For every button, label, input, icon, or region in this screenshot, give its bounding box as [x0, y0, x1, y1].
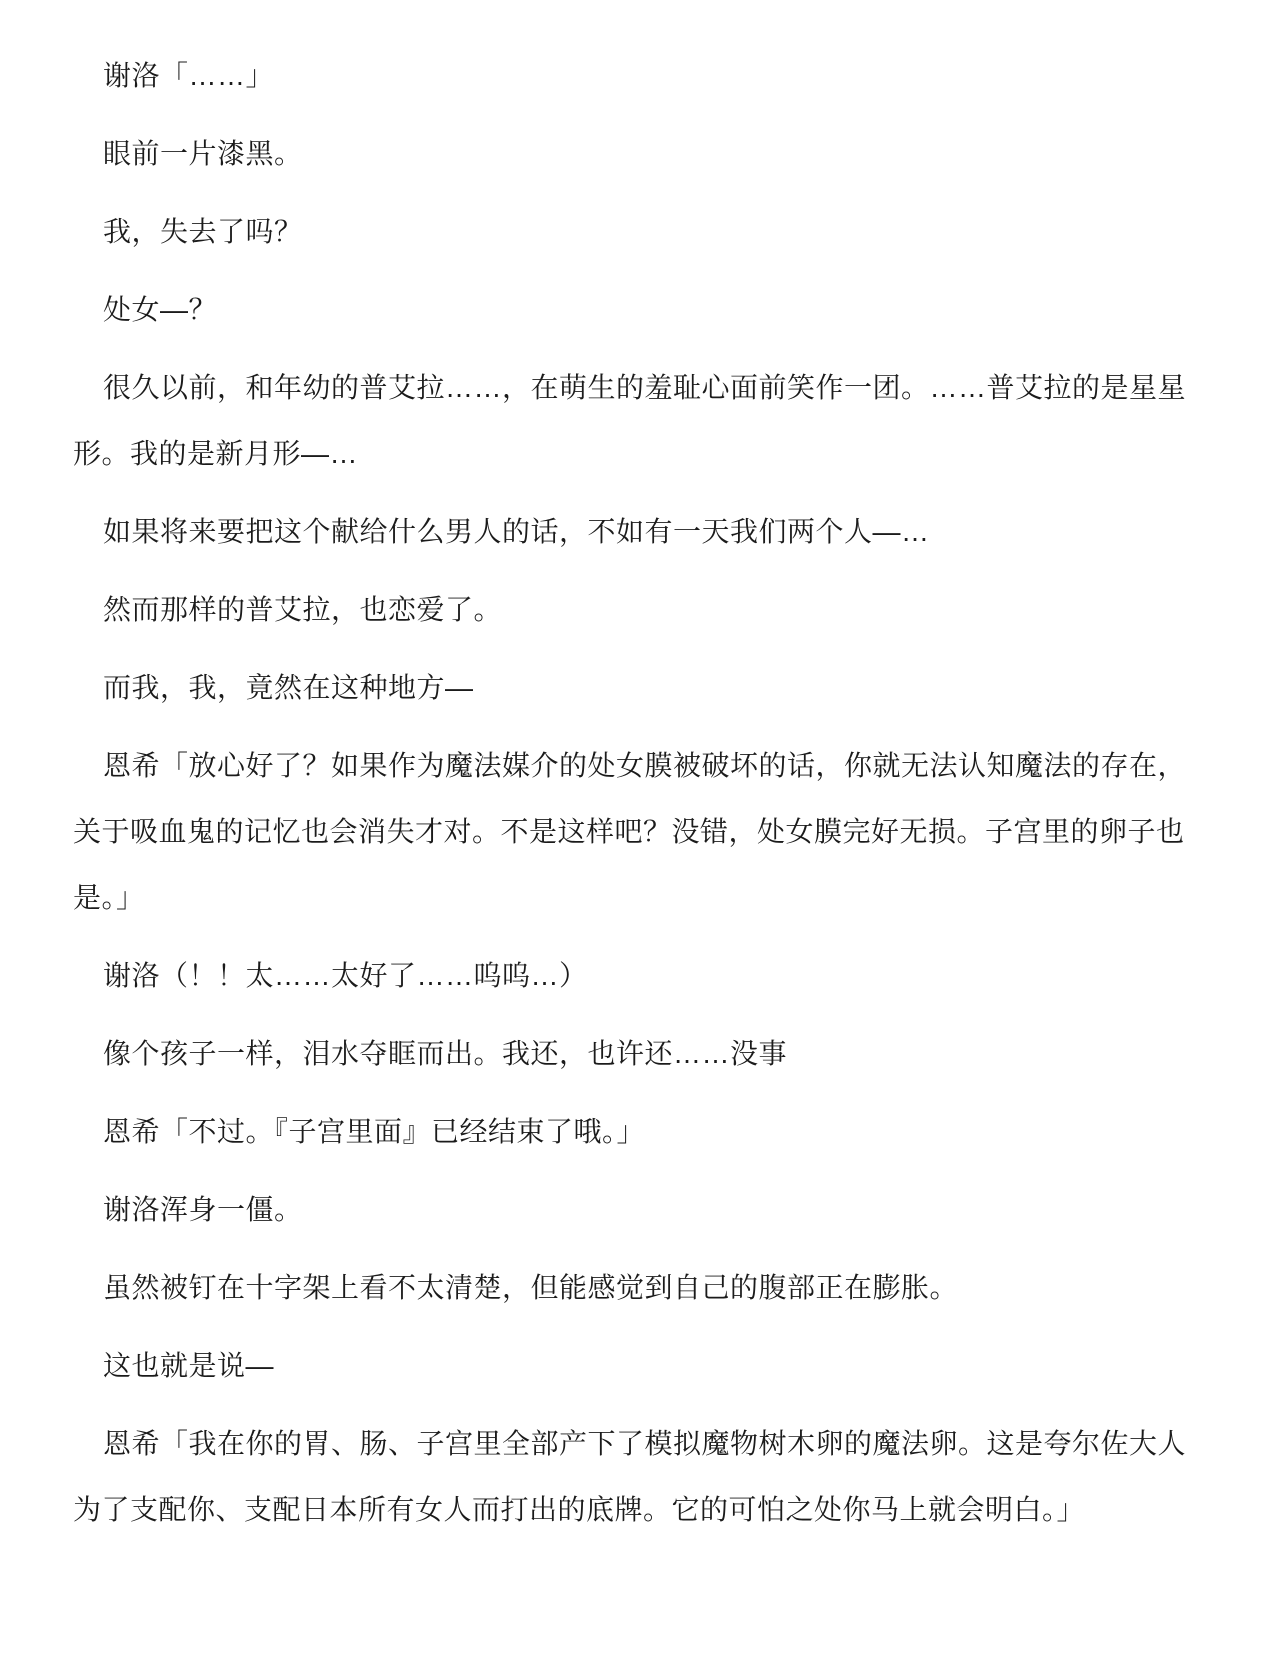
paragraph: 处女—？ [73, 277, 1208, 343]
paragraph: 恩希「不过。『子宫里面』已经结束了哦。」 [73, 1099, 1208, 1165]
paragraph: 谢洛浑身一僵。 [73, 1177, 1208, 1243]
paragraph: 谢洛「……」 [73, 43, 1208, 109]
paragraph: 恩希「放心好了？如果作为魔法媒介的处女膜被破坏的话，你就无法认知魔法的存在，关于… [73, 733, 1208, 931]
paragraph: 而我，我，竟然在这种地方— [73, 655, 1208, 721]
paragraph: 我，失去了吗？ [73, 199, 1208, 265]
paragraph: 这也就是说— [73, 1333, 1208, 1399]
paragraph: 然而那样的普艾拉，也恋爱了。 [73, 577, 1208, 643]
paragraph: 眼前一片漆黑。 [73, 121, 1208, 187]
text-column: 谢洛「……」 眼前一片漆黑。 我，失去了吗？ 处女—？ 很久以前，和年幼的普艾拉… [0, 0, 1280, 1543]
paragraph: 很久以前，和年幼的普艾拉……，在萌生的羞耻心面前笑作一团。……普艾拉的是星星形。… [73, 355, 1208, 487]
paragraph: 虽然被钉在十字架上看不太清楚，但能感觉到自己的腹部正在膨胀。 [73, 1255, 1208, 1321]
paragraph: 像个孩子一样，泪水夺眶而出。我还，也许还……没事 [73, 1021, 1208, 1087]
novel-page: 谢洛「……」 眼前一片漆黑。 我，失去了吗？ 处女—？ 很久以前，和年幼的普艾拉… [0, 0, 1280, 1658]
paragraph: 恩希「我在你的胃、肠、子宫里全部产下了模拟魔物树木卵的魔法卵。这是夸尔佐大人为了… [73, 1411, 1208, 1543]
paragraph: 如果将来要把这个献给什么男人的话，不如有一天我们两个人—… [73, 499, 1208, 565]
paragraph: 谢洛（！！太……太好了……呜呜…） [73, 943, 1208, 1009]
